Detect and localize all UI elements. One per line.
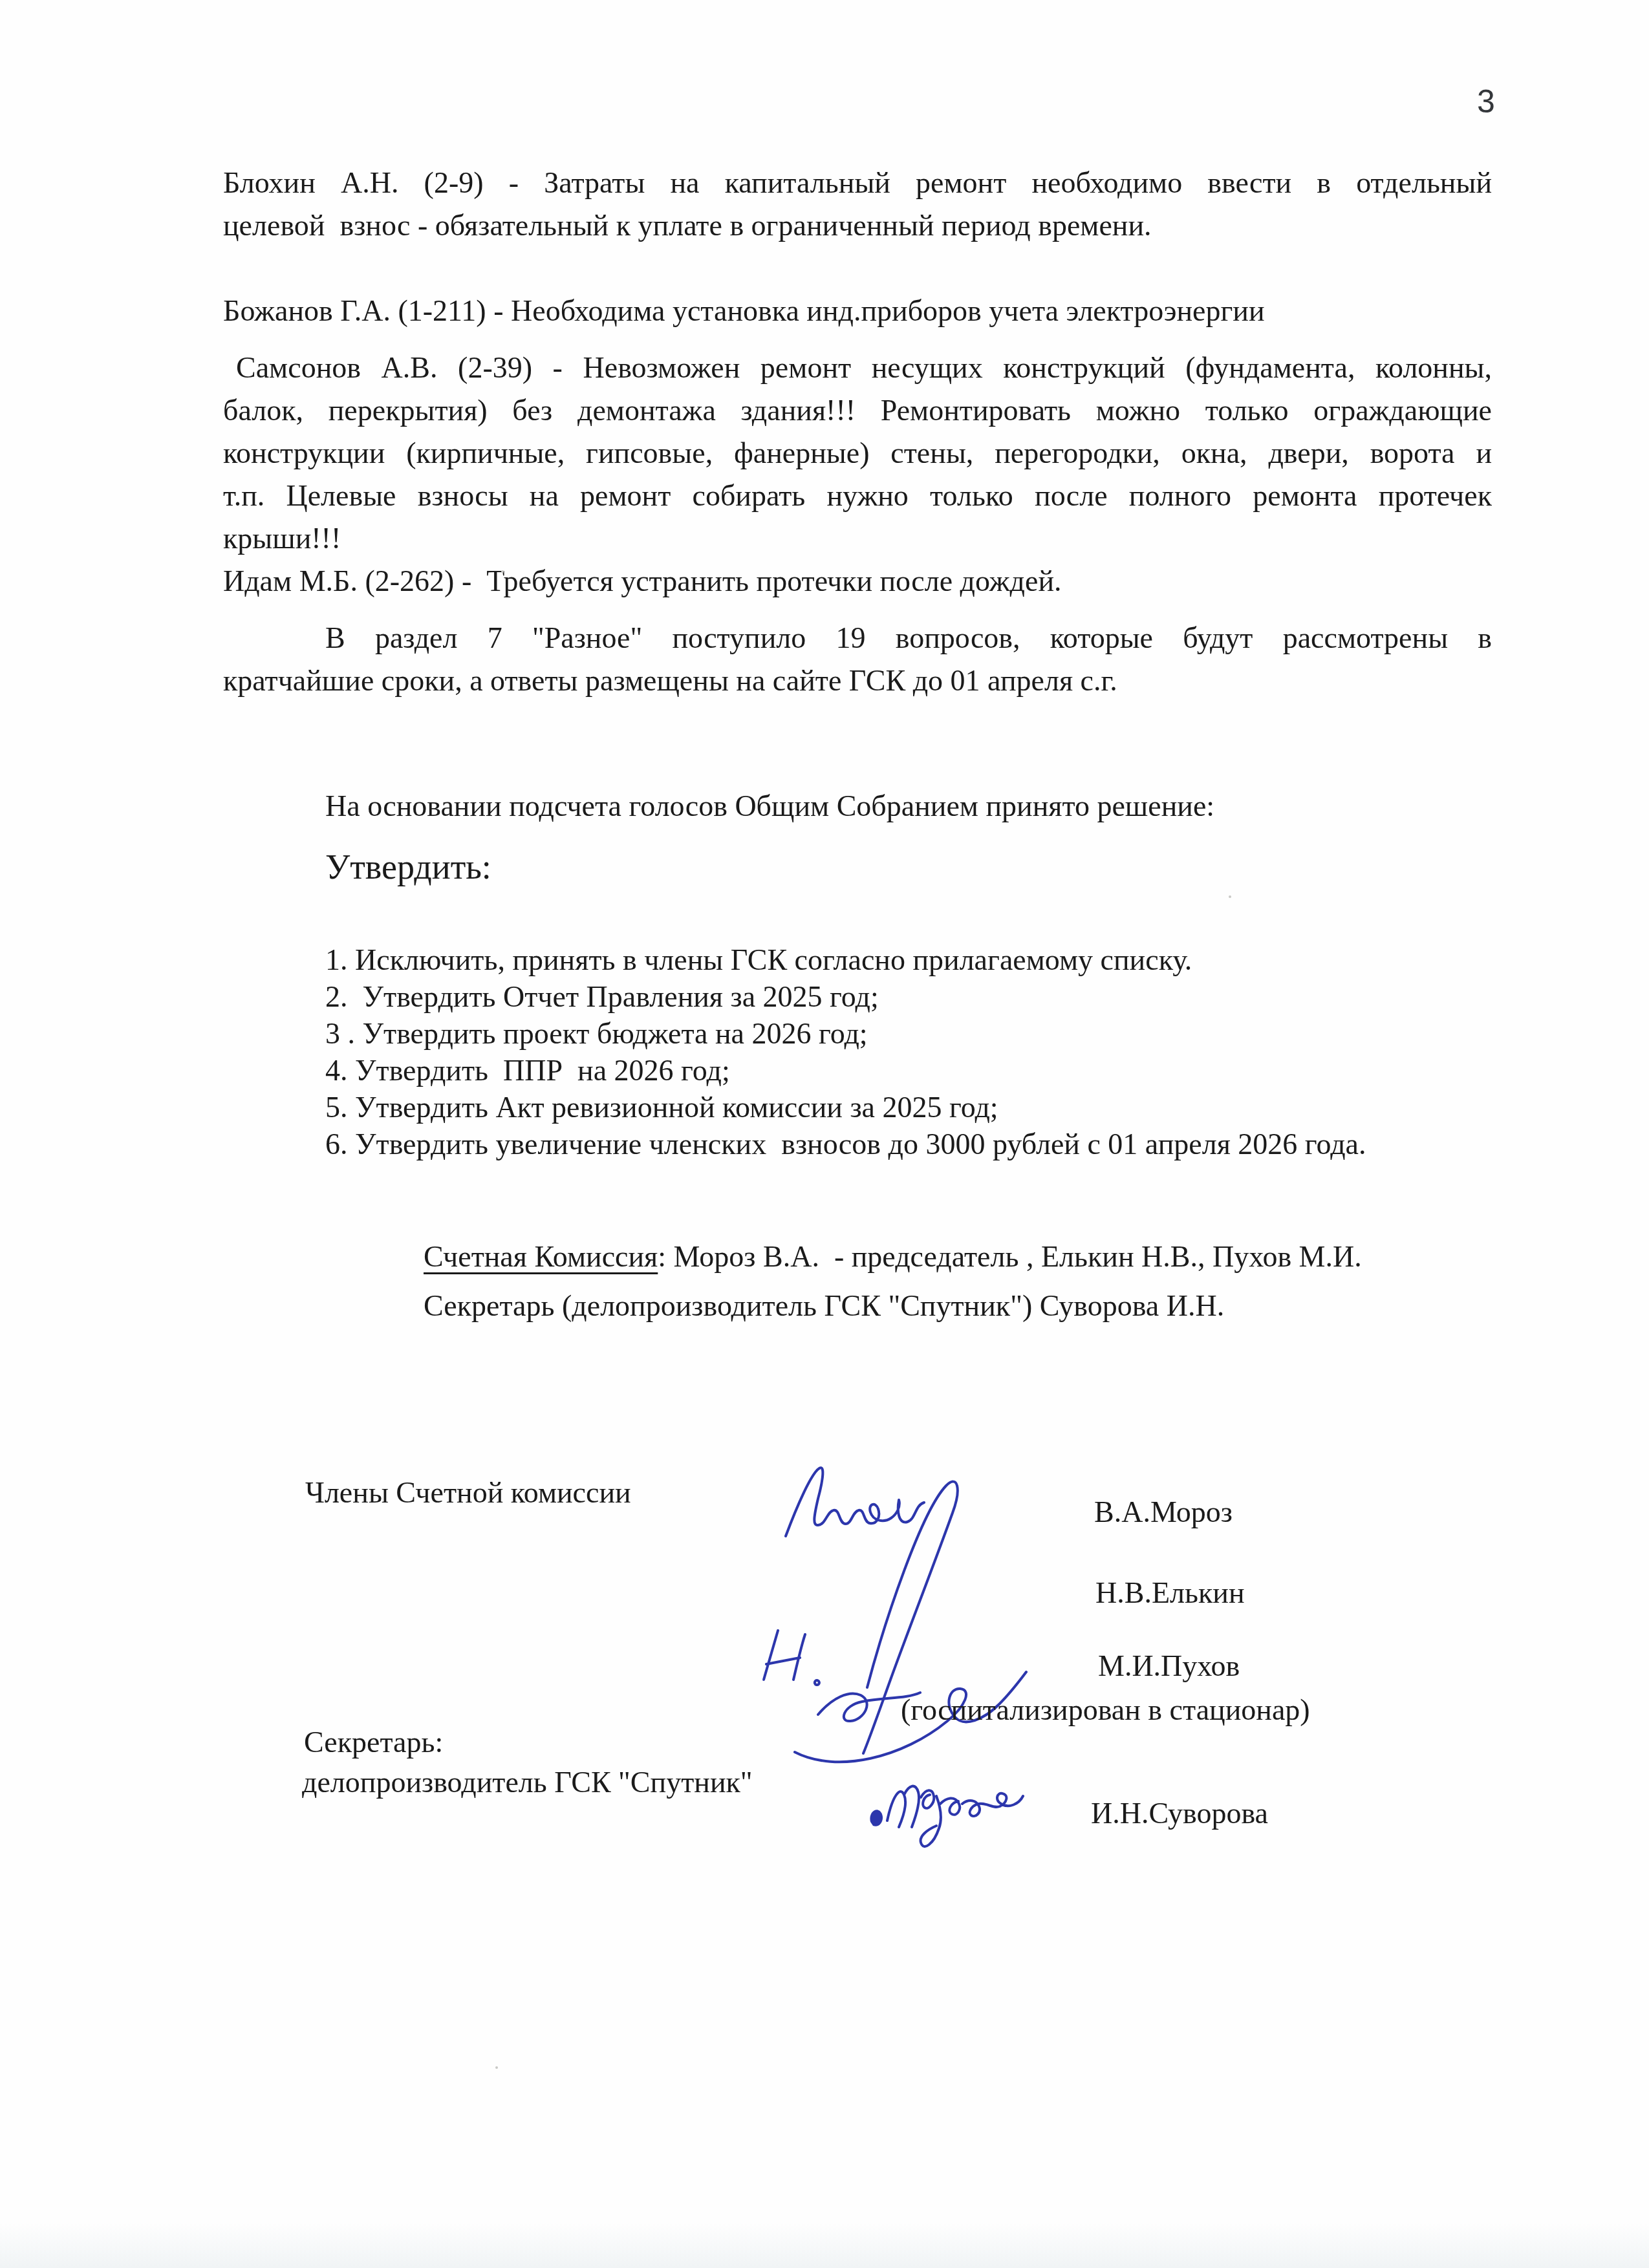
members-label: Члены Счетной комиссии <box>305 1475 631 1510</box>
secretary-label: Секретарь: <box>304 1725 443 1759</box>
scanned-document-page: 3 Блохин А.Н. (2-9) - Затраты на капитал… <box>0 0 1649 2268</box>
secretary-name: И.Н.Суворова <box>1091 1796 1268 1830</box>
decision-intro: На основании подсчета голосов Общим Собр… <box>325 789 1214 823</box>
name-pukhov: М.И.Пухов <box>1098 1649 1240 1683</box>
page-number: 3 <box>1477 83 1495 120</box>
decision-list: 1. Исключить, принять в члены ГСК соглас… <box>325 941 1366 1162</box>
commission-secretary-line: Секретарь (делопроизводитель ГСК "Спутни… <box>424 1281 1362 1331</box>
text-line: В раздел 7 "Разное" поступило 19 вопросо… <box>223 617 1492 659</box>
text-line: конструкции (кирпичные, гипсовые, фанерн… <box>223 432 1492 475</box>
ink-stroke <box>870 1810 883 1826</box>
paragraph-razdel7: В раздел 7 "Разное" поступило 19 вопросо… <box>223 617 1492 702</box>
commission-label: Счетная Комиссия <box>424 1240 658 1273</box>
remark-idam: Идам М.Б. (2-262) - Требуется устранить … <box>223 560 1492 603</box>
suvorova-signature <box>861 1755 1049 1861</box>
decision-item: 6. Утвердить увеличение членских взносов… <box>325 1126 1366 1162</box>
decision-item: 2. Утвердить Отчет Правления за 2025 год… <box>325 978 1366 1015</box>
scan-edge-ghost <box>0 2223 1649 2268</box>
decision-item: 1. Исключить, принять в члены ГСК соглас… <box>325 941 1366 978</box>
text-line: крыши!!! <box>223 517 1492 560</box>
commission-members: : Мороз В.А. - председатель , Елькин Н.В… <box>658 1240 1361 1273</box>
pukhov-note: (госпитализирован в стационар) <box>901 1693 1310 1727</box>
decision-item: 5. Утвердить Акт ревизионной комиссии за… <box>325 1089 1366 1126</box>
decision-heading: Утвердить: <box>325 847 491 887</box>
text-line: т.п. Целевые взносы на ремонт собирать н… <box>223 475 1492 517</box>
text-line: кратчайшие сроки, а ответы размещены на … <box>223 659 1492 702</box>
scan-speck <box>1229 895 1231 898</box>
decision-item: 3 . Утвердить проект бюджета на 2026 год… <box>325 1015 1366 1052</box>
ink-stroke <box>887 1786 1023 1846</box>
commission-line: Счетная Комиссия: Мороз В.А. - председат… <box>424 1232 1362 1281</box>
ink-stroke <box>764 1631 819 1685</box>
scan-speck <box>495 2066 498 2069</box>
text-line: Божанов Г.А. (1-211) - Необходима устано… <box>223 290 1492 332</box>
decision-item: 4. Утвердить ППР на 2026 год; <box>325 1052 1366 1089</box>
text-line: Идам М.Б. (2-262) - Требуется устранить … <box>223 560 1492 603</box>
name-elkin: Н.В.Елькин <box>1095 1576 1245 1610</box>
commission-block: Счетная Комиссия: Мороз В.А. - председат… <box>424 1232 1362 1331</box>
secretary-role: делопроизводитель ГСК "Спутник" <box>302 1765 753 1799</box>
text-line: Блохин А.Н. (2-9) - Затраты на капитальн… <box>223 162 1492 204</box>
remark-blokhin: Блохин А.Н. (2-9) - Затраты на капитальн… <box>223 162 1492 247</box>
text-line: Самсонов А.В. (2-39) - Невозможен ремонт… <box>223 347 1492 389</box>
text-line: целевой взнос - обязательный к уплате в … <box>223 204 1492 247</box>
remark-samsonov: Самсонов А.В. (2-39) - Невозможен ремонт… <box>223 347 1492 560</box>
text-line: балок, перекрытия) без демонтажа здания!… <box>223 389 1492 432</box>
scan-speck <box>501 570 504 573</box>
remark-bozhanov: Божанов Г.А. (1-211) - Необходима устано… <box>223 290 1492 332</box>
name-moroz: В.А.Мороз <box>1094 1495 1233 1529</box>
